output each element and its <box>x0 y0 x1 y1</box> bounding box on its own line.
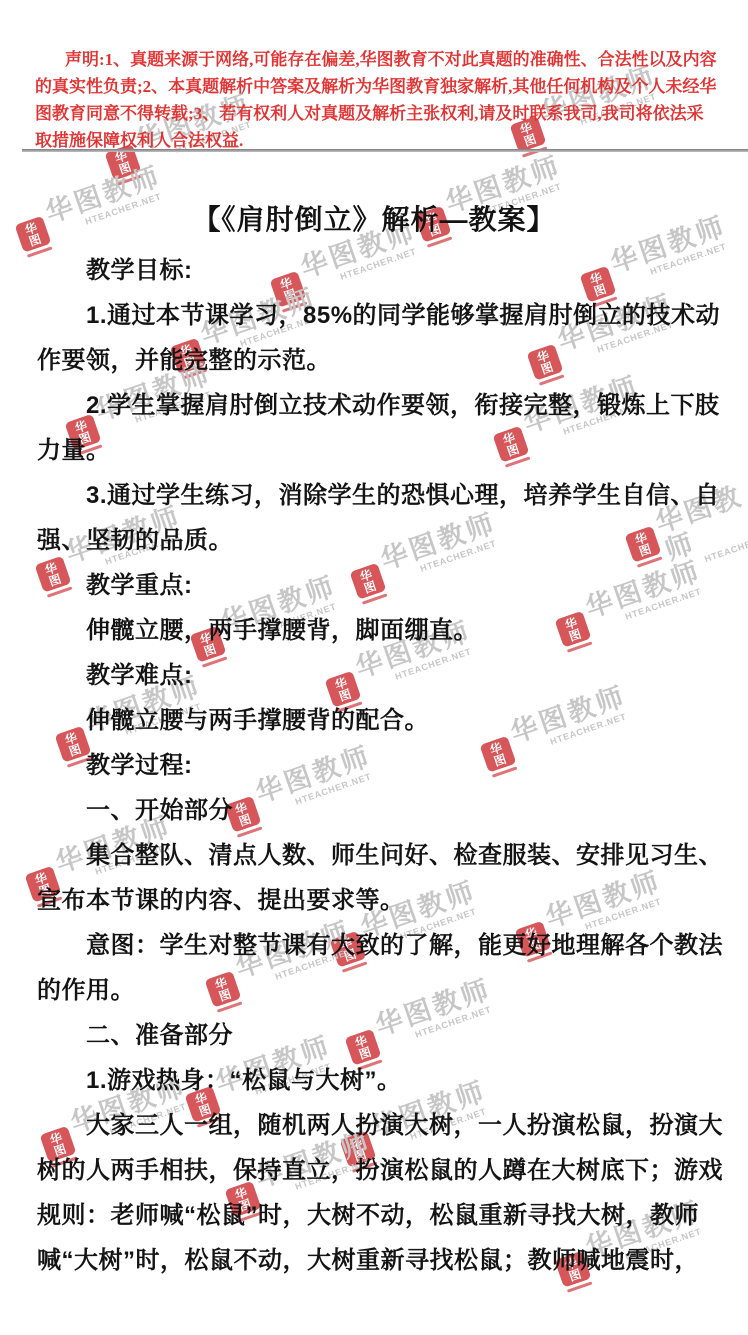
paragraph-line: 的作用。 <box>37 968 743 1013</box>
page-title: 【《肩肘倒立》解析—教案】 <box>0 198 748 238</box>
paragraph-line: 强、坚韧的品质。 <box>37 518 743 563</box>
paragraph-line: 集合整队、清点人数、师生问好、检查服装、安排见习生、 <box>37 833 743 878</box>
paragraph-line: 3.通过学生练习，消除学生的恐惧心理，培养学生自信、自 <box>37 473 743 518</box>
paragraph-line: 2.学生掌握肩肘倒立技术动作要领，衔接完整，锻炼上下肢 <box>37 383 743 428</box>
paragraph-line: 力量。 <box>37 428 743 473</box>
disclaimer-line: 声明:1、真题来源于网络,可能存在偏差,华图教育不对此真题的准确性、合法性以及内… <box>35 46 725 73</box>
section-heading: 教学难点: <box>37 653 743 698</box>
section-heading: 一、开始部分 <box>37 788 743 833</box>
paragraph-line: 意图：学生对整节课有大致的了解，能更好地理解各个教法 <box>37 923 743 968</box>
disclaimer-line: 的真实性负责;2、本真题解析中答案及解析为华图教育独家解析,其他任何机构及个人未… <box>35 73 725 100</box>
document-body: 教学目标:1.通过本节课学习，85%的同学能够掌握肩肘倒立的技术动作要领，并能完… <box>37 248 743 1283</box>
disclaimer: 声明:1、真题来源于网络,可能存在偏差,华图教育不对此真题的准确性、合法性以及内… <box>35 46 725 154</box>
paragraph-line: 树的人两手相扶，保持直立，扮演松鼠的人蹲在大树底下；游戏 <box>37 1148 743 1193</box>
paragraph-line: 喊“大树”时，松鼠不动，大树重新寻找松鼠；教师喊地震时， <box>37 1238 743 1283</box>
paragraph-line: 大家三人一组，随机两人扮演大树，一人扮演松鼠，扮演大 <box>37 1103 743 1148</box>
document-page: 华图华图教师HTEACHER.NET华图华图教师HTEACHER.NET华图华图… <box>0 0 748 1335</box>
section-heading: 教学重点: <box>37 563 743 608</box>
section-heading: 教学目标: <box>37 248 743 293</box>
paragraph-line: 宣布本节课的内容、提出要求等。 <box>37 878 743 923</box>
paragraph-line: 伸髋立腰，两手撑腰背，脚面绷直。 <box>37 608 743 653</box>
paragraph-line: 作要领，并能完整的示范。 <box>37 338 743 383</box>
paragraph-line: 1.通过本节课学习，85%的同学能够掌握肩肘倒立的技术动 <box>37 293 743 338</box>
divider-line <box>22 149 748 152</box>
section-heading: 教学过程: <box>37 743 743 788</box>
disclaimer-line: 图教育同意不得转载;3、若有权利人对真题及解析主张权利,请及时联系我司,我司将依… <box>35 100 725 127</box>
paragraph-line: 1.游戏热身：“松鼠与大树”。 <box>37 1058 743 1103</box>
section-heading: 二、准备部分 <box>37 1013 743 1058</box>
paragraph-line: 规则：老师喊“松鼠”时，大树不动，松鼠重新寻找大树，教师 <box>37 1193 743 1238</box>
paragraph-line: 伸髋立腰与两手撑腰背的配合。 <box>37 698 743 743</box>
